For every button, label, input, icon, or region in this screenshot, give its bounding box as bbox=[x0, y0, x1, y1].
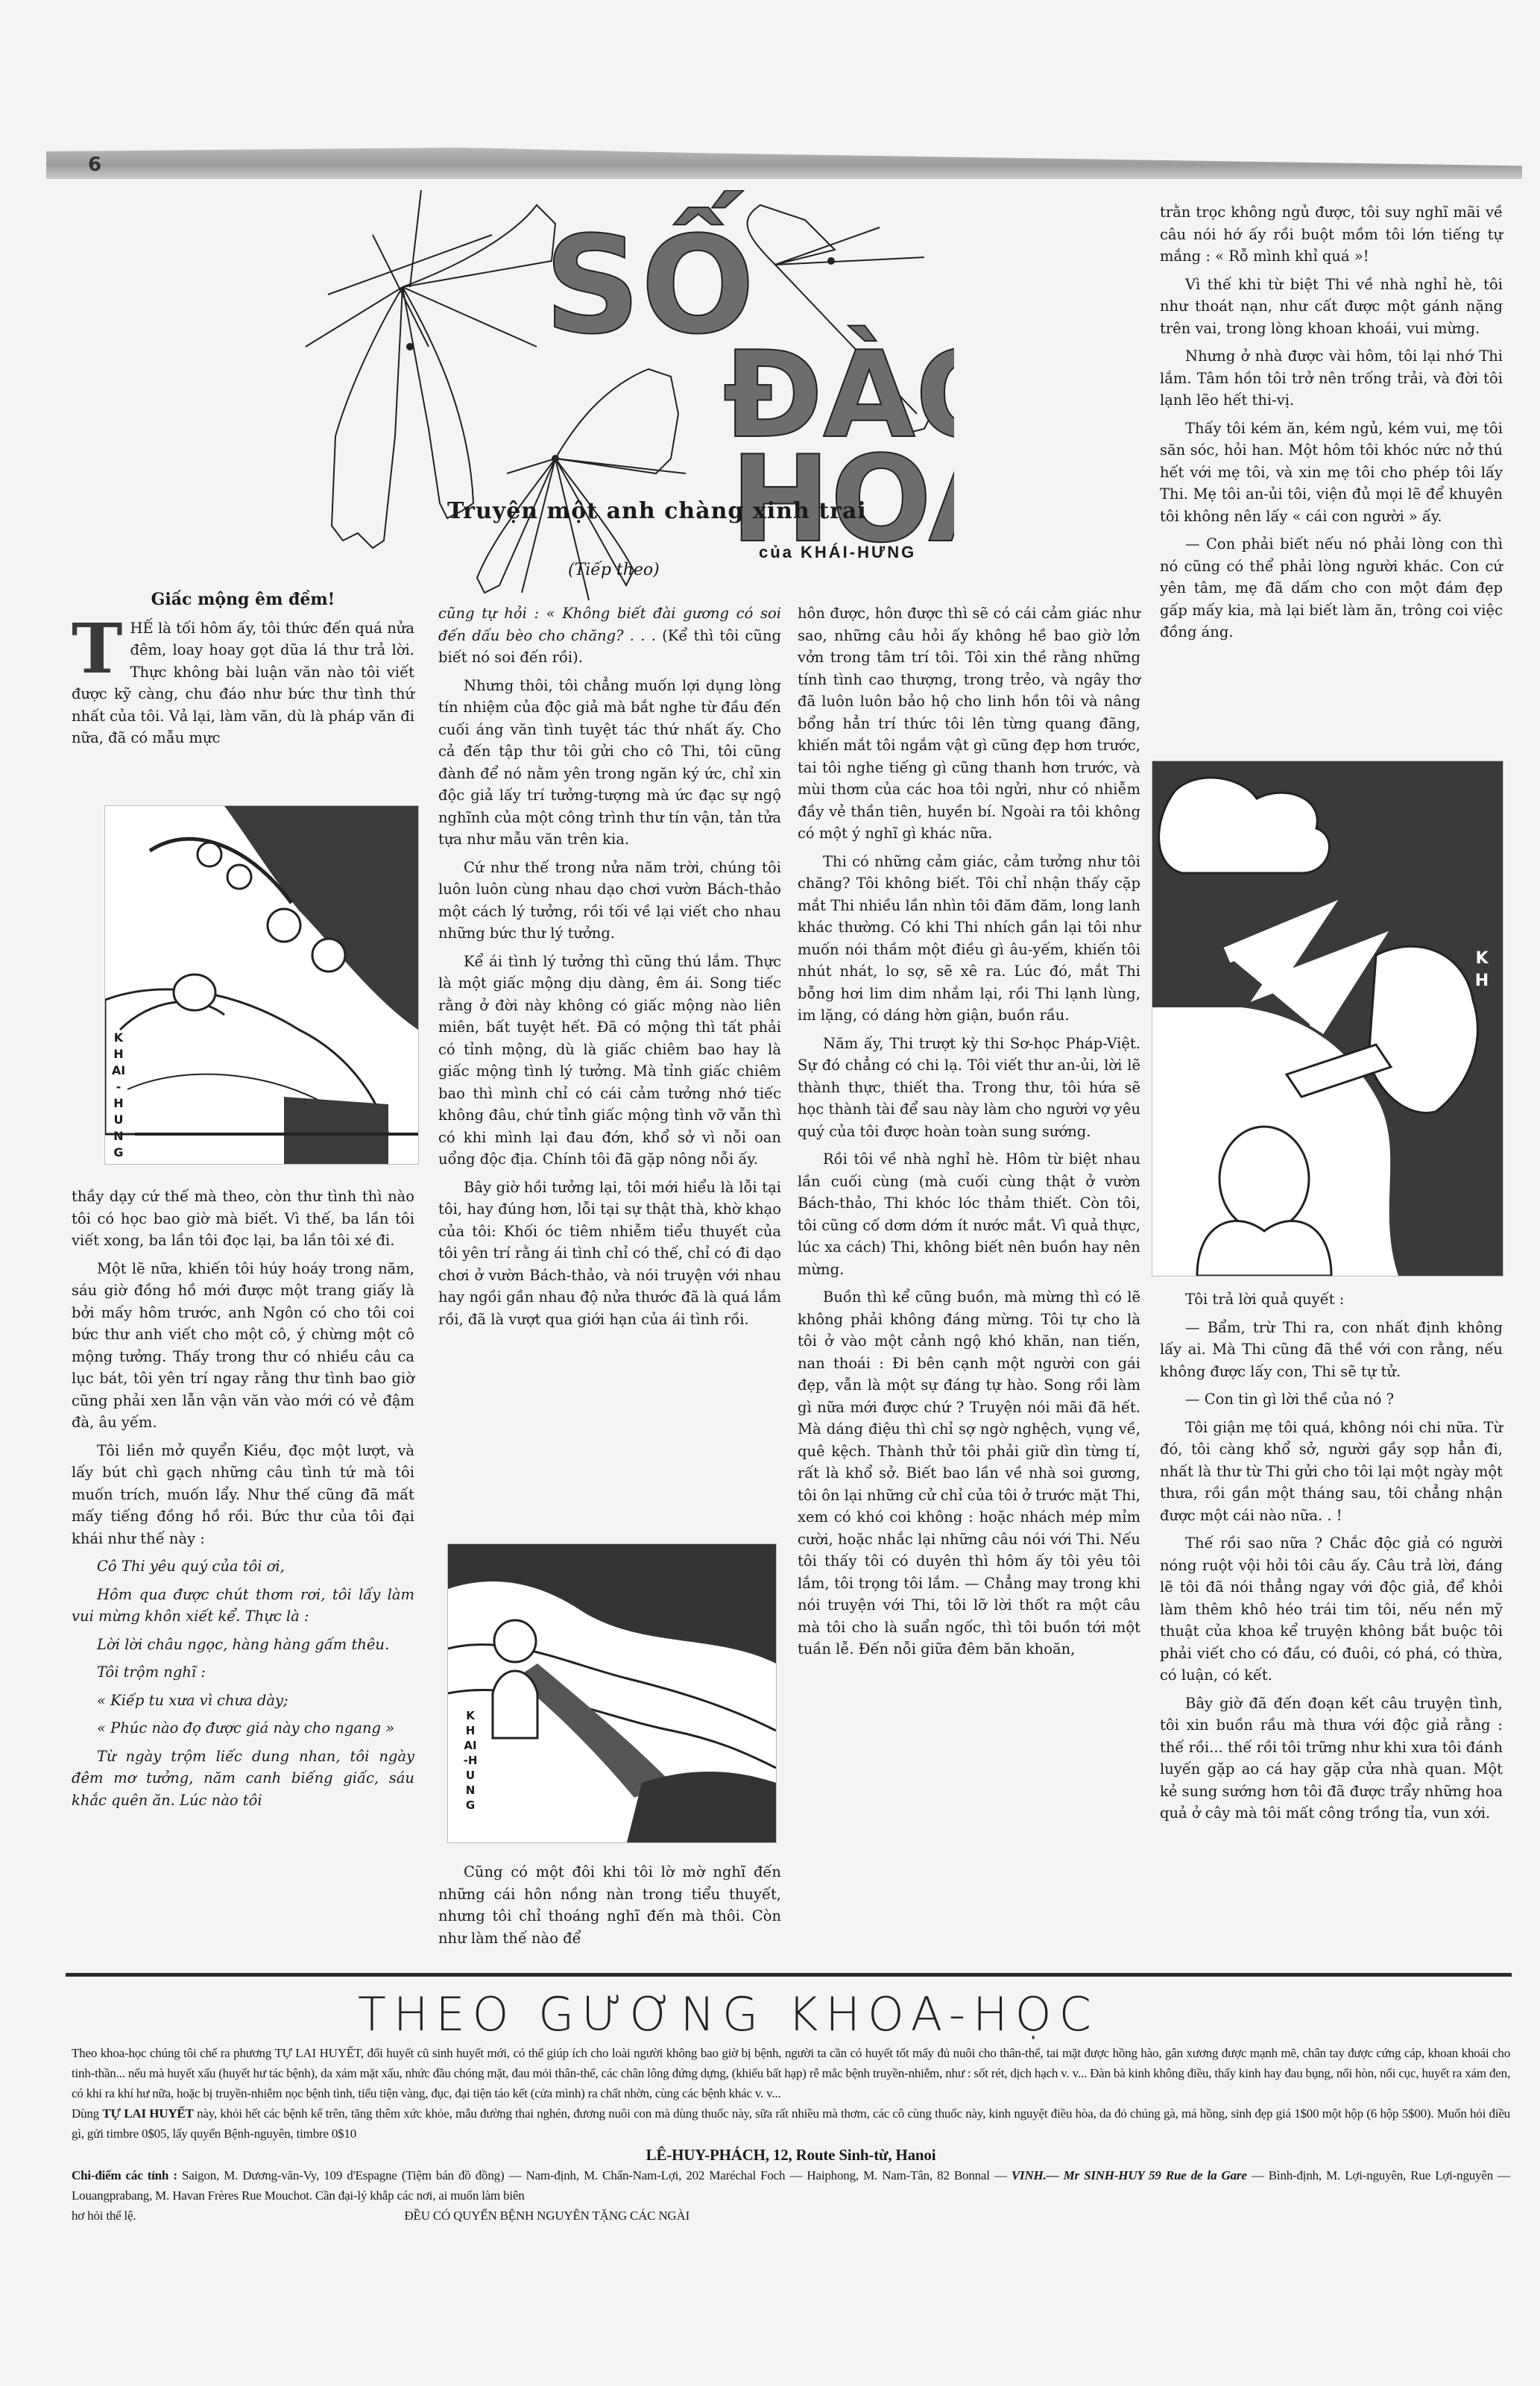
author-byline: của KHÁI-HƯNG bbox=[759, 543, 916, 562]
paragraph: Rồi tôi về nhà nghỉ hè. Hôm từ biệt nhau… bbox=[798, 1148, 1140, 1280]
product-name: TỰ LAI HUYẾT bbox=[102, 2106, 193, 2121]
dream-drawing bbox=[105, 806, 418, 1164]
youth-drawing bbox=[448, 1544, 776, 1842]
paragraph: Vì thế khi từ biệt Thi về nhà nghỉ hè, t… bbox=[1160, 274, 1503, 340]
letter-line: « Kiếp tu xưa vì chưa dày; bbox=[72, 1690, 414, 1712]
page-header-bar bbox=[46, 148, 1522, 179]
paragraph: Nhưng thôi, tôi chẳng muốn lợi dụng lòng… bbox=[438, 675, 781, 851]
ad-paragraph: Theo khoa-học chúng tôi chế ra phương TỰ… bbox=[72, 2043, 1510, 2103]
paragraph: cũng tự hỏi : « Không biết đài gương có … bbox=[438, 602, 781, 669]
article-column-2: cũng tự hỏi : « Không biết đài gương có … bbox=[438, 602, 781, 1336]
illustration-dreaming-man: KHAI-HUNG bbox=[104, 805, 419, 1165]
paragraph: — Bẩm, trừ Thi ra, con nhất định không l… bbox=[1160, 1317, 1503, 1383]
paragraph: Tôi giận mẹ tôi quá, không nói chi nữa. … bbox=[1160, 1417, 1503, 1527]
continued-note: (Tiếp theo) bbox=[568, 561, 660, 579]
page-number: 6 bbox=[88, 154, 101, 176]
ad-branches-end: hơ hỏi thể lệ.ĐỀU CÓ QUYỂN BỆNH NGUYÊN T… bbox=[72, 2206, 1510, 2226]
company-address: LÊ-HUY-PHÁCH, 12, Route Sinh-từ, Hanoi bbox=[72, 2145, 1510, 2165]
ad-footer: ĐỀU CÓ QUYỂN BỆNH NGUYÊN TẶNG CÁC NGÀI bbox=[404, 2209, 689, 2223]
paragraph: Thấy tôi kém ăn, kém ngủ, kém vui, mẹ tô… bbox=[1160, 418, 1503, 528]
section-heading: Giấc mộng êm đềm! bbox=[72, 589, 414, 611]
artist-signature: KH bbox=[1473, 948, 1491, 992]
story-subtitle: Truyện một anh chàng xinh trai bbox=[447, 498, 867, 524]
paragraph: Năm ấy, Thi trượt kỳ thi Sơ-học Pháp-Việ… bbox=[798, 1033, 1140, 1143]
advertisement-title: THEO GƯƠNG KHOA-HỌC bbox=[358, 1987, 1099, 2042]
paragraph: Thế rồi sao nữa ? Chắc độc giả có người … bbox=[1160, 1532, 1503, 1687]
paragraph: Bây giờ đã đến đoạn kết câu truyện tình,… bbox=[1160, 1693, 1503, 1825]
dropcap-letter: T bbox=[72, 620, 122, 677]
ad-branches: Chi-điếm các tỉnh : Saigon, M. Dương-văn… bbox=[72, 2165, 1510, 2206]
paragraph: trằn trọc không ngủ được, tôi suy nghĩ m… bbox=[1160, 201, 1503, 268]
letter-line: Hôm qua được chút thơm rơi, tôi lấy làm … bbox=[72, 1584, 414, 1628]
artist-signature: KHAI-HUNG bbox=[111, 1030, 126, 1161]
article-column-4: trằn trọc không ngủ được, tôi suy nghĩ m… bbox=[1160, 201, 1503, 649]
advertisement-divider bbox=[66, 1973, 1512, 1977]
article-column-1-cont: thầy dạy cứ thế mà theo, còn thư tình th… bbox=[72, 1186, 414, 1817]
paragraph: — Con phải biết nếu nó phải lòng con thì… bbox=[1160, 533, 1503, 643]
ad-paragraph: Dùng TỰ LAI HUYẾT này, khỏi hết các bệnh… bbox=[72, 2103, 1510, 2144]
paragraph: Kể ái tình lý tưởng thì cũng thú lắm. Th… bbox=[438, 951, 781, 1171]
paragraph: — Con tin gì lời thề của nó ? bbox=[1160, 1388, 1503, 1411]
paragraph: Cũng có một đôi khi tôi lờ mờ nghĩ đến n… bbox=[438, 1861, 781, 1949]
paragraph: Buồn thì kể cũng buồn, mà mừng thì có lẽ… bbox=[798, 1286, 1140, 1661]
advertisement-body: Theo khoa-học chúng tôi chế ra phương TỰ… bbox=[72, 2043, 1510, 2226]
letter-line: « Phúc nào đọ được giá này cho ngang » bbox=[72, 1717, 414, 1740]
article-column-4-cont: Tôi trả lời quả quyết : — Bẩm, trừ Thi r… bbox=[1160, 1288, 1503, 1831]
paragraph: Thi có những cảm giác, cảm tưởng như tôi… bbox=[798, 851, 1140, 1027]
paragraph: Bây giờ hồi tưởng lại, tôi mới hiểu là l… bbox=[438, 1177, 781, 1331]
paragraph: Tôi liền mở quyển Kiều, đọc một lượt, và… bbox=[72, 1440, 414, 1550]
paragraph: THẾ là tối hôm ấy, tôi thức đến quá nửa … bbox=[72, 617, 414, 749]
artist-signature: KHAI-HUNG bbox=[463, 1708, 478, 1813]
article-column-2-cont: Cũng có một đôi khi tôi lờ mờ nghĩ đến n… bbox=[438, 1861, 781, 1955]
paragraph: thầy dạy cứ thế mà theo, còn thư tình th… bbox=[72, 1186, 414, 1252]
paragraph: hôn được, hôn được thì sẽ có cái cảm giá… bbox=[798, 602, 1140, 845]
letter-line: Cô Thi yêu quý của tôi ơi, bbox=[72, 1555, 414, 1578]
letter-line: Từ ngày trộm liếc dung nhan, tôi ngày đê… bbox=[72, 1746, 414, 1812]
paragraph: Nhưng ở nhà được vài hôm, tôi lại nhớ Th… bbox=[1160, 345, 1503, 412]
illustration-angry-spirit: KH bbox=[1152, 761, 1503, 1277]
letter-line: Lời lời châu ngọc, hàng hàng gấm thêu. bbox=[72, 1634, 414, 1656]
article-column-3: hôn được, hôn được thì sẽ có cái cảm giá… bbox=[798, 602, 1140, 1666]
illustration-youth-by-water: KHAI-HUNG bbox=[447, 1543, 777, 1843]
paragraph: Tôi trả lời quả quyết : bbox=[1160, 1288, 1503, 1311]
paragraph: Cứ như thế trong nửa năm trời, chúng tôi… bbox=[438, 857, 781, 945]
letter-line: Tôi trộm nghĩ : bbox=[72, 1661, 414, 1684]
article-column-1: Giấc mộng êm đềm! THẾ là tối hôm ấy, tôi… bbox=[72, 589, 414, 755]
spirit-drawing bbox=[1152, 761, 1503, 1276]
paragraph: Một lẽ nữa, khiến tôi húy hoáy trong năm… bbox=[72, 1258, 414, 1434]
